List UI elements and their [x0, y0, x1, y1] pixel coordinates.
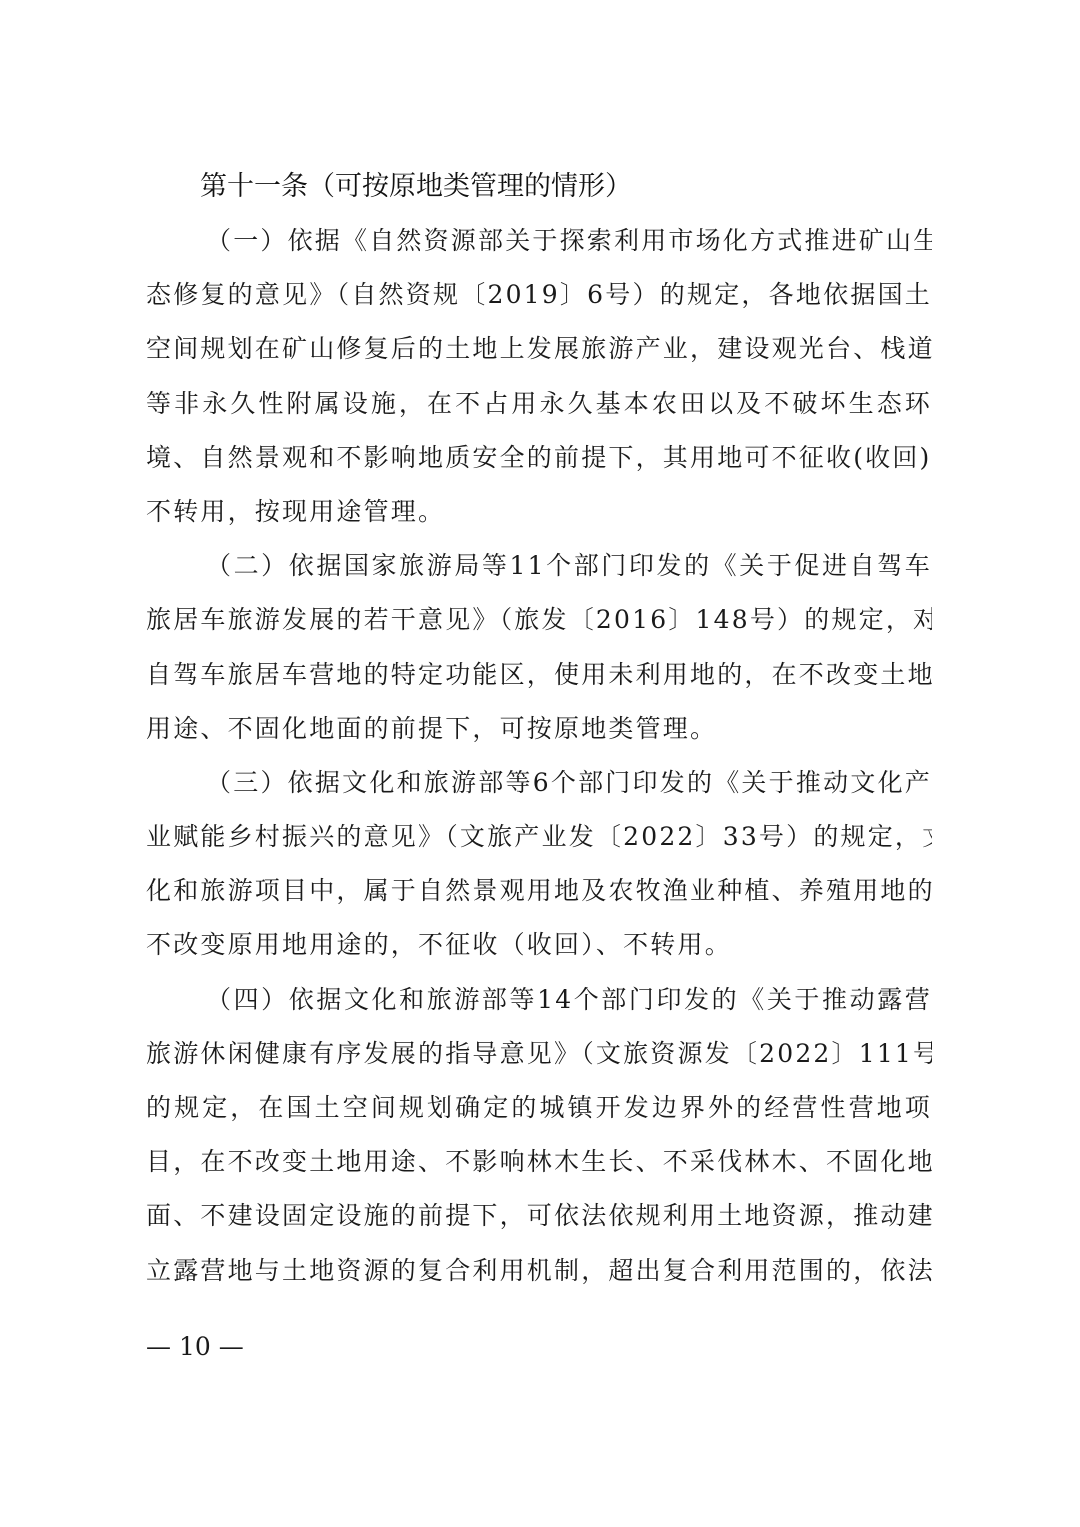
text-line: 空间规划在矿山修复后的土地上发展旅游产业，建设观光台、栈道: [146, 322, 932, 376]
article-heading: 第十一条（可按原地类管理的情形）: [146, 160, 932, 214]
text-line: 旅游休闲健康有序发展的指导意见》（文旅资源发〔2022〕111号）: [146, 1027, 932, 1081]
text-line: 境、自然景观和不影响地质安全的前提下，其用地可不征收(收回)、: [146, 431, 932, 485]
document-body: 第十一条（可按原地类管理的情形） （一）依据《自然资源部关于探索利用市场化方式推…: [146, 160, 932, 1298]
paragraph-2: （二）依据国家旅游局等11个部门印发的《关于促进自驾车 旅居车旅游发展的若干意见…: [146, 539, 932, 756]
text-line: （二）依据国家旅游局等11个部门印发的《关于促进自驾车: [146, 539, 932, 593]
text-line: 旅居车旅游发展的若干意见》（旅发〔2016〕148号）的规定，对: [146, 593, 932, 647]
paragraph-1: （一）依据《自然资源部关于探索利用市场化方式推进矿山生 态修复的意见》（自然资规…: [146, 214, 932, 539]
text-line: （四）依据文化和旅游部等14个部门印发的《关于推动露营: [146, 973, 932, 1027]
text-line: 化和旅游项目中，属于自然景观用地及农牧渔业种植、养殖用地的，: [146, 864, 932, 918]
text-line: 等非永久性附属设施，在不占用永久基本农田以及不破坏生态环: [146, 377, 932, 431]
text-line: 业赋能乡村振兴的意见》（文旅产业发〔2022〕33号）的规定，文: [146, 810, 932, 864]
text-line: 目，在不改变土地用途、不影响林木生长、不采伐林木、不固化地: [146, 1135, 932, 1189]
text-line: 不转用，按现用途管理。: [146, 485, 932, 539]
paragraph-4: （四）依据文化和旅游部等14个部门印发的《关于推动露营 旅游休闲健康有序发展的指…: [146, 973, 932, 1298]
text-line: 的规定，在国土空间规划确定的城镇开发边界外的经营性营地项: [146, 1081, 932, 1135]
document-page: 第十一条（可按原地类管理的情形） （一）依据《自然资源部关于探索利用市场化方式推…: [0, 0, 1080, 1527]
page-number: — 10 —: [146, 1330, 244, 1364]
text-line: 面、不建设固定设施的前提下，可依法依规利用土地资源，推动建: [146, 1189, 932, 1243]
text-line: 用途、不固化地面的前提下，可按原地类管理。: [146, 702, 932, 756]
text-line: （一）依据《自然资源部关于探索利用市场化方式推进矿山生: [146, 214, 932, 268]
text-line: 自驾车旅居车营地的特定功能区，使用未利用地的，在不改变土地: [146, 648, 932, 702]
paragraph-3: （三）依据文化和旅游部等6个部门印发的《关于推动文化产 业赋能乡村振兴的意见》（…: [146, 756, 932, 973]
text-line: 不改变原用地用途的，不征收（收回）、不转用。: [146, 918, 932, 972]
text-line: （三）依据文化和旅游部等6个部门印发的《关于推动文化产: [146, 756, 932, 810]
text-line: 态修复的意见》（自然资规〔2019〕6号）的规定，各地依据国土: [146, 268, 932, 322]
text-line: 立露营地与土地资源的复合利用机制，超出复合利用范围的，依法: [146, 1244, 932, 1298]
